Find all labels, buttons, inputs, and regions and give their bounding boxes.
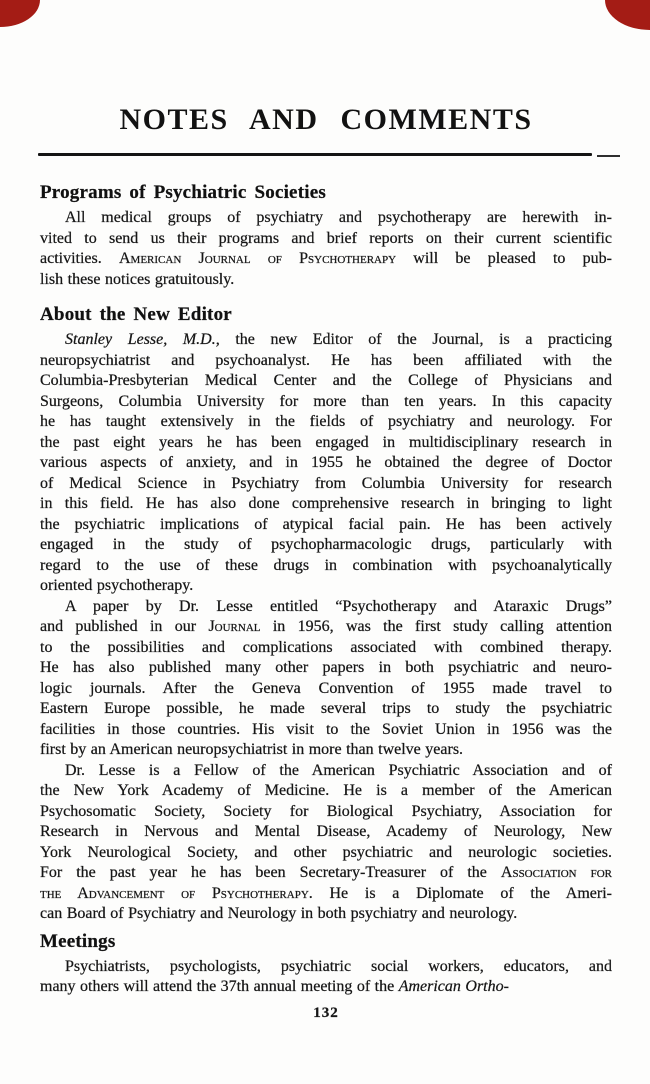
text-line: Stanley Lesse, M.D., the new Editor of t… [40,330,612,351]
section-heading: Meetings [40,931,612,953]
text-line: neuropsychiatrist and psychoanalyst. He … [40,351,612,372]
text-line: regard to the use of these drugs in comb… [40,556,612,577]
text-run: Psychosomatic Society, Society for Biolo… [40,803,612,820]
text-line: to the possibilities and complications a… [40,638,612,659]
italic-text: American Ortho- [399,978,509,995]
text-line: can Board of Psychiatry and Neurology in… [40,904,612,925]
text-line: oriented psychotherapy. [40,576,612,597]
paragraph: A paper by Dr. Lesse entitled “Psychothe… [40,597,612,761]
book-cover-corner-right [605,0,650,30]
text-line: in this field. He has also done comprehe… [40,494,612,515]
paragraph: Dr. Lesse is a Fellow of the American Ps… [40,761,612,925]
text-run: A paper by Dr. Lesse entitled “Psychothe… [65,598,612,615]
text-line: logic journals. After the Geneva Convent… [40,679,612,700]
text-run: the past eight years he has been engaged… [40,434,612,451]
title-rule [38,153,620,159]
text-run: All medical groups of psychiatry and psy… [65,209,612,226]
text-run: Eastern Europe possible, he made several… [40,700,612,717]
page-title: NOTES AND COMMENTS [40,103,612,137]
text-line: York Neurological Society, and other psy… [40,843,612,864]
text-run: logic journals. After the Geneva Convent… [40,680,612,697]
text-line: many others will attend the 37th annual … [40,977,612,998]
text-line: the New York Academy of Medicine. He is … [40,781,612,802]
text-line: Research in Nervous and Mental Disease, … [40,822,612,843]
text-line: Psychosomatic Society, Society for Biolo… [40,802,612,823]
text-line: Dr. Lesse is a Fellow of the American Ps… [40,761,612,782]
title-rule-dash [597,155,620,157]
text-line: and published in our Journal in 1956, wa… [40,617,612,638]
text-line: Eastern Europe possible, he made several… [40,699,612,720]
book-cover-corner-left [0,0,40,27]
paragraph: All medical groups of psychiatry and psy… [40,208,612,290]
text-run: and published in our [40,618,208,635]
page-content: Programs of Psychiatric SocietiesAll med… [40,178,612,1023]
text-run: engaged in the study of psychopharmacolo… [40,536,612,553]
text-run: first by an American neuropsychiatrist i… [40,741,463,758]
text-line: various aspects of anxiety, and in 1955 … [40,453,612,474]
text-run: He has also published many other papers … [40,659,612,676]
content-sections: Programs of Psychiatric SocietiesAll med… [40,182,612,998]
smallcaps-text: the Advancement of Psychotherapy. [40,885,313,902]
text-run: to the possibilities and complications a… [40,639,612,656]
text-run: For the past year he has been Secretary-… [40,864,501,881]
text-run: York Neurological Society, and other psy… [40,844,612,861]
text-line: vited to send us their programs and brie… [40,229,612,250]
paragraph: Stanley Lesse, M.D., the new Editor of t… [40,330,612,597]
text-run: the New York Academy of Medicine. He is … [40,782,612,799]
text-run: many others will attend the 37th annual … [40,978,399,995]
text-line: first by an American neuropsychiatrist i… [40,740,612,761]
text-line: Columbia-Presbyterian Medical Center and… [40,371,612,392]
text-run: he has taught extensively in the fields … [40,413,612,430]
text-line: He has also published many other papers … [40,658,612,679]
smallcaps-text: Journal [208,618,260,635]
text-run: vited to send us their programs and brie… [40,230,612,247]
text-run: the new Editor of the Journal, is a prac… [220,331,612,348]
text-line: he has taught extensively in the fields … [40,412,612,433]
text-run: regard to the use of these drugs in comb… [40,557,612,574]
text-run: various aspects of anxiety, and in 1955 … [40,454,612,471]
text-line: facilities in those countries. His visit… [40,720,612,741]
text-line: All medical groups of psychiatry and psy… [40,208,612,229]
text-run: lish these notices gratuitously. [40,271,234,288]
text-run: can Board of Psychiatry and Neurology in… [40,905,517,922]
text-run: facilities in those countries. His visit… [40,721,612,738]
text-run: Research in Nervous and Mental Disease, … [40,823,612,840]
text-line: lish these notices gratuitously. [40,270,612,291]
text-run: oriented psychotherapy. [40,577,193,594]
section-heading: About the New Editor [40,304,612,326]
smallcaps-text: Association for [501,864,612,881]
text-line: the psychiatric implications of atypical… [40,515,612,536]
text-run: in this field. He has also done comprehe… [40,495,612,512]
text-run: Psychiatrists, psychologists, psychiatri… [65,958,612,975]
page-number: 132 [40,1003,612,1024]
text-line: A paper by Dr. Lesse entitled “Psychothe… [40,597,612,618]
scanned-page: NOTES AND COMMENTS Programs of Psychiatr… [0,0,650,1084]
text-run: of Medical Science in Psychiatry from Co… [40,475,612,492]
text-run: Surgeons, Columbia University for more t… [40,393,612,410]
title-rule-main [38,153,592,156]
text-line: engaged in the study of psychopharmacolo… [40,535,612,556]
text-line: activities. American Journal of Psychoth… [40,249,612,270]
italic-text: Stanley Lesse, M.D., [65,331,220,348]
text-run: in 1956, was the first study calling att… [261,618,613,635]
text-run: activities. [40,250,119,267]
text-run: the psychiatric implications of atypical… [40,516,612,533]
text-run: will be pleased to pub- [396,250,612,267]
text-line: the past eight years he has been engaged… [40,433,612,454]
text-run: neuropsychiatrist and psychoanalyst. He … [40,352,612,369]
paragraph: Psychiatrists, psychologists, psychiatri… [40,957,612,998]
text-line: of Medical Science in Psychiatry from Co… [40,474,612,495]
text-line: Psychiatrists, psychologists, psychiatri… [40,957,612,978]
smallcaps-text: American Journal of Psychotherapy [119,250,396,267]
text-run: He is a Diplomate of the Ameri- [313,885,612,902]
text-line: the Advancement of Psychotherapy. He is … [40,884,612,905]
section-heading: Programs of Psychiatric Societies [40,182,612,204]
text-line: Surgeons, Columbia University for more t… [40,392,612,413]
text-run: Dr. Lesse is a Fellow of the American Ps… [65,762,612,779]
text-line: For the past year he has been Secretary-… [40,863,612,884]
text-run: Columbia-Presbyterian Medical Center and… [40,372,612,389]
